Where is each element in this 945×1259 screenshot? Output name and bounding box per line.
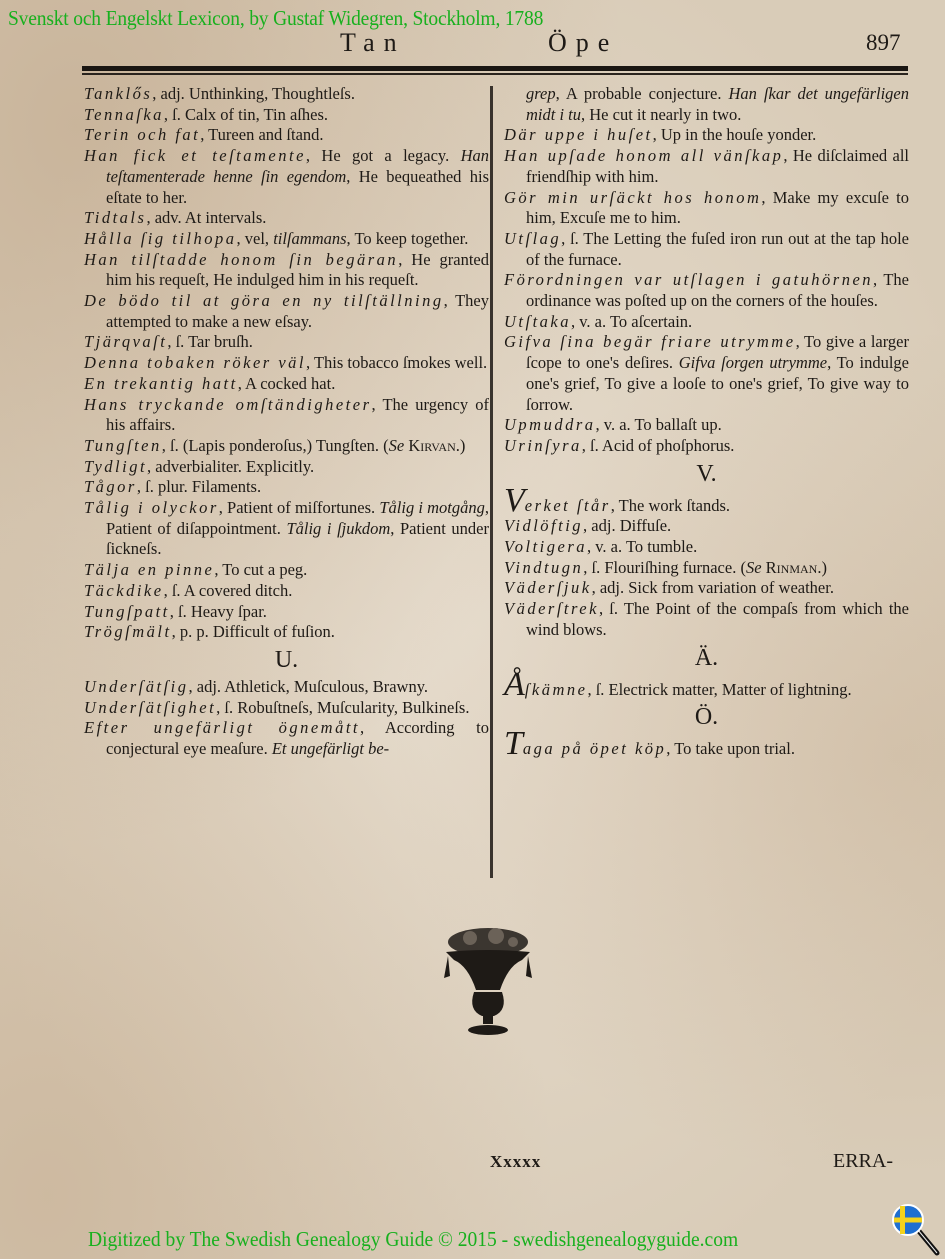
entry-definition: , ſ. The Letting the fuſed iron run out … — [526, 229, 909, 269]
dictionary-entry: Åſkämne, ſ. Electrick matter, Matter of … — [504, 675, 909, 701]
signature-mark: Xxxxx — [490, 1152, 541, 1172]
entry-headword: Underſätſig — [84, 677, 189, 696]
entry-headword: Han fick et teſtamente — [84, 146, 306, 165]
entry-headword: Tjärqvaſt — [84, 332, 167, 351]
dictionary-entry: grep, A probable conjecture. Han ſkar de… — [504, 84, 909, 125]
entry-definition: , He cut it nearly in two. — [581, 105, 741, 124]
entry-continuation: grep — [526, 84, 556, 103]
entry-example: Se — [389, 436, 405, 455]
entry-headword: Tungſpatt — [84, 602, 170, 621]
entry-headword: Tidtals — [84, 208, 146, 227]
dictionary-entry: Tålig i olyckor, Patient of miſfortunes.… — [84, 498, 489, 560]
entry-example: Tålig i ſjukdom — [286, 519, 390, 538]
entry-definition: , adv. At intervals. — [146, 208, 266, 227]
dictionary-entry: De bödo til at göra en ny tilſtällning, … — [84, 291, 489, 332]
entry-example: Gifva ſorgen utrymme — [679, 353, 827, 372]
dictionary-entry: Utſtaka, v. a. To aſcertain. — [504, 312, 909, 333]
dictionary-entry: Upmuddra, v. a. To ballaſt up. — [504, 415, 909, 436]
section-letter: Ö. — [504, 702, 909, 732]
entry-definition: , v. a. To tumble. — [587, 537, 697, 556]
dictionary-entry: Tungſten, ſ. (Lapis ponderoſus,) Tungſte… — [84, 436, 489, 457]
entry-headword: Gifva ſina begär friare utrymme — [504, 332, 796, 351]
section-letter: V. — [504, 459, 909, 489]
entry-headword: En trekantig hatt — [84, 374, 238, 393]
dictionary-entry: Täckdike, ſ. A covered ditch. — [84, 581, 489, 602]
flower-vase-ornament-icon — [438, 920, 538, 1040]
dictionary-entry: Väderſtrek, ſ. The Point of the compaſs … — [504, 599, 909, 640]
running-head: Tan Öpe 897 — [0, 28, 945, 58]
dictionary-entry: Terin och fat, Tureen and ſtand. — [84, 125, 489, 146]
entry-definition: , vel, — [237, 229, 274, 248]
entry-headword: Väderſjuk — [504, 578, 592, 597]
dictionary-entry: Tjärqvaſt, ſ. Tar bruſh. — [84, 332, 489, 353]
entry-definition: , ſ. Tar bruſh. — [167, 332, 253, 351]
entry-headword: Tålig i olyckor — [84, 498, 219, 517]
initial-capital: T — [504, 725, 523, 762]
entry-headword: aga på öpet köp — [523, 739, 666, 758]
entry-headword: Upmuddra — [504, 415, 596, 434]
entry-definition: , adj. Athletick, Muſculous, Brawny. — [189, 677, 429, 696]
entry-headword: Hålla ſig tilhopa — [84, 229, 237, 248]
entry-headword: Underſätſighet — [84, 698, 216, 717]
dictionary-entry: Tågor, ſ. plur. Filaments. — [84, 477, 489, 498]
entry-definition: , adj. Unthinking, Thoughtleſs. — [152, 84, 355, 103]
right-column: grep, A probable conjecture. Han ſkar de… — [504, 84, 909, 760]
entry-definition: , A probable conjecture. — [556, 84, 729, 103]
swedish-flag-magnifier-icon[interactable] — [890, 1202, 942, 1257]
entry-headword: Tågor — [84, 477, 137, 496]
entry-headword: Tennaſka — [84, 105, 164, 124]
entry-definition: , v. a. To ballaſt up. — [596, 415, 722, 434]
entry-headword: Tungſten — [84, 436, 162, 455]
dictionary-entry: Tanklős, adj. Unthinking, Thoughtleſs. — [84, 84, 489, 105]
entry-example: Et ungefärligt be- — [272, 739, 389, 758]
entry-definition: Rinman.) — [762, 558, 827, 577]
entry-definition: , He got a legacy. — [306, 146, 461, 165]
dictionary-entry: Förordningen var utſlagen i gatuhörnen, … — [504, 270, 909, 311]
entry-headword: De bödo til at göra en ny tilſtällning — [84, 291, 444, 310]
dictionary-entry: Voltigera, v. a. To tumble. — [504, 537, 909, 558]
entry-headword: ſkämne — [525, 680, 588, 699]
entry-example: tilſammans — [273, 229, 346, 248]
entry-headword: Väderſtrek — [504, 599, 599, 618]
dictionary-entry: Verket ſtår, The work ſtands. — [504, 491, 909, 517]
entry-headword: Tanklős — [84, 84, 152, 103]
entry-definition: , adverbialiter. Explicitly. — [147, 457, 314, 476]
dictionary-entry: Hans tryckande omſtändigheter, The urgen… — [84, 395, 489, 436]
entry-headword: Voltigera — [504, 537, 587, 556]
dictionary-entry: Gör min urſäckt hos honom, Make my excuſ… — [504, 188, 909, 229]
entry-headword: Förordningen var utſlagen i gatuhörnen — [504, 270, 873, 289]
entry-definition: , The work ſtands. — [611, 496, 730, 515]
dictionary-entry: Underſätſighet, ſ. Robuſtneſs, Muſculari… — [84, 698, 489, 719]
dictionary-entry: Där uppe i huſet, Up in the houſe yonder… — [504, 125, 909, 146]
dictionary-entry: Tidtals, adv. At intervals. — [84, 208, 489, 229]
dictionary-entry: Utſlag, ſ. The Letting the fuſed iron ru… — [504, 229, 909, 270]
entry-example: Tålig i motgång — [379, 498, 485, 517]
dictionary-entry: Han tilſtadde honom ſin begäran, He gran… — [84, 250, 489, 291]
dictionary-entry: Hålla ſig tilhopa, vel, tilſammans, To k… — [84, 229, 489, 250]
entry-headword: Täckdike — [84, 581, 164, 600]
entry-definition: , Up in the houſe yonder. — [653, 125, 817, 144]
entry-definition: , This tobacco ſmokes well. — [306, 353, 487, 372]
entry-definition: , ſ. Calx of tin, Tin aſhes. — [164, 105, 328, 124]
entry-definition: , To keep together. — [347, 229, 469, 248]
dictionary-entry: Urinſyra, ſ. Acid of phoſphorus. — [504, 436, 909, 457]
entry-definition: , adj. Sick from variation of weather. — [592, 578, 834, 597]
entry-definition: , ſ. Heavy ſpar. — [170, 602, 267, 621]
entry-definition: , Tureen and ſtand. — [200, 125, 323, 144]
entry-headword: Utſlag — [504, 229, 561, 248]
entry-definition: , To take upon trial. — [666, 739, 795, 758]
entry-definition: , p. p. Difficult of fuſion. — [172, 622, 335, 641]
entry-headword: Tydligt — [84, 457, 147, 476]
entry-definition: , ſ. plur. Filaments. — [137, 477, 261, 496]
dictionary-entry: Väderſjuk, adj. Sick from variation of w… — [504, 578, 909, 599]
section-letter: Ä. — [504, 643, 909, 673]
entry-headword: Efter ungefärligt ögnemått — [84, 718, 360, 737]
entry-definition: , To cut a peg. — [214, 560, 307, 579]
section-letter: U. — [84, 645, 489, 675]
column-divider — [490, 86, 493, 878]
dictionary-entry: En trekantig hatt, A cocked hat. — [84, 374, 489, 395]
entry-headword: Gör min urſäckt hos honom — [504, 188, 761, 207]
dictionary-entry: Trögſmält, p. p. Difficult of fuſion. — [84, 622, 489, 643]
initial-capital: Å — [504, 666, 525, 703]
dictionary-entry: Han upſade honom all vänſkap, He diſclai… — [504, 146, 909, 187]
entry-definition: , ſ. Acid of phoſphorus. — [582, 436, 735, 455]
header-rule-thin — [82, 73, 908, 75]
digitized-credit: Digitized by The Swedish Genealogy Guide… — [88, 1227, 738, 1252]
entry-headword: erket ſtår — [525, 496, 611, 515]
entry-headword: Urinſyra — [504, 436, 582, 455]
dictionary-entry: Underſätſig, adj. Athletick, Muſculous, … — [84, 677, 489, 698]
dictionary-entry: Tälja en pinne, To cut a peg. — [84, 560, 489, 581]
dictionary-entry: Vidlöftig, adj. Diffuſe. — [504, 516, 909, 537]
initial-capital: V — [504, 482, 525, 519]
dictionary-entry: Han fick et teſtamente, He got a legacy.… — [84, 146, 489, 208]
dictionary-entry: Tydligt, adverbialiter. Explicitly. — [84, 457, 489, 478]
entry-headword: Han upſade honom all vänſkap — [504, 146, 783, 165]
running-head-right: Öpe — [548, 28, 618, 58]
dictionary-entry: Vindtugn, ſ. Flouriſhing furnace. (Se Ri… — [504, 558, 909, 579]
entry-definition: , Patient of miſfortunes. — [219, 498, 380, 517]
entry-definition: , adj. Diffuſe. — [583, 516, 671, 535]
entry-definition: Kirvan.) — [404, 436, 465, 455]
running-head-left: Tan — [340, 28, 406, 58]
entry-definition: , ſ. (Lapis ponderoſus,) Tungſten. ( — [162, 436, 389, 455]
entry-headword: Vidlöftig — [504, 516, 583, 535]
entry-example: Se — [746, 558, 762, 577]
entry-headword: Utſtaka — [504, 312, 571, 331]
entry-headword: Tälja en pinne — [84, 560, 214, 579]
entry-definition: , ſ. Flouriſhing furnace. ( — [583, 558, 746, 577]
dictionary-entry: Gifva ſina begär friare utrymme, To give… — [504, 332, 909, 415]
entry-definition: , ſ. A covered ditch. — [164, 581, 293, 600]
entry-headword: Terin och fat — [84, 125, 200, 144]
dictionary-entry: Efter ungefärligt ögnemått, According to… — [84, 718, 489, 759]
entry-headword: Hans tryckande omſtändigheter — [84, 395, 372, 414]
dictionary-entry: Taga på öpet köp, To take upon trial. — [504, 734, 909, 760]
entry-definition: , ſ. Robuſtneſs, Muſcularity, Bulkineſs. — [216, 698, 469, 717]
dictionary-entry: Denna tobaken röker väl, This tobacco ſm… — [84, 353, 489, 374]
entry-headword: Han tilſtadde honom ſin begäran — [84, 250, 398, 269]
header-rule-thick — [82, 66, 908, 71]
page-number: 897 — [866, 30, 901, 56]
entry-definition: , A cocked hat. — [238, 374, 336, 393]
entry-headword: Trögſmält — [84, 622, 172, 641]
entry-definition: , v. a. To aſcertain. — [571, 312, 692, 331]
entry-headword: Denna tobaken röker väl — [84, 353, 306, 372]
left-column: Tanklős, adj. Unthinking, Thoughtleſs.Te… — [84, 84, 489, 760]
entry-definition: , ſ. Electrick matter, Matter of lightni… — [587, 680, 851, 699]
entry-headword: Där uppe i huſet — [504, 125, 653, 144]
entry-headword: Vindtugn — [504, 558, 583, 577]
catchword: ERRA- — [833, 1150, 893, 1173]
dictionary-entry: Tungſpatt, ſ. Heavy ſpar. — [84, 602, 489, 623]
dictionary-entry: Tennaſka, ſ. Calx of tin, Tin aſhes. — [84, 105, 489, 126]
